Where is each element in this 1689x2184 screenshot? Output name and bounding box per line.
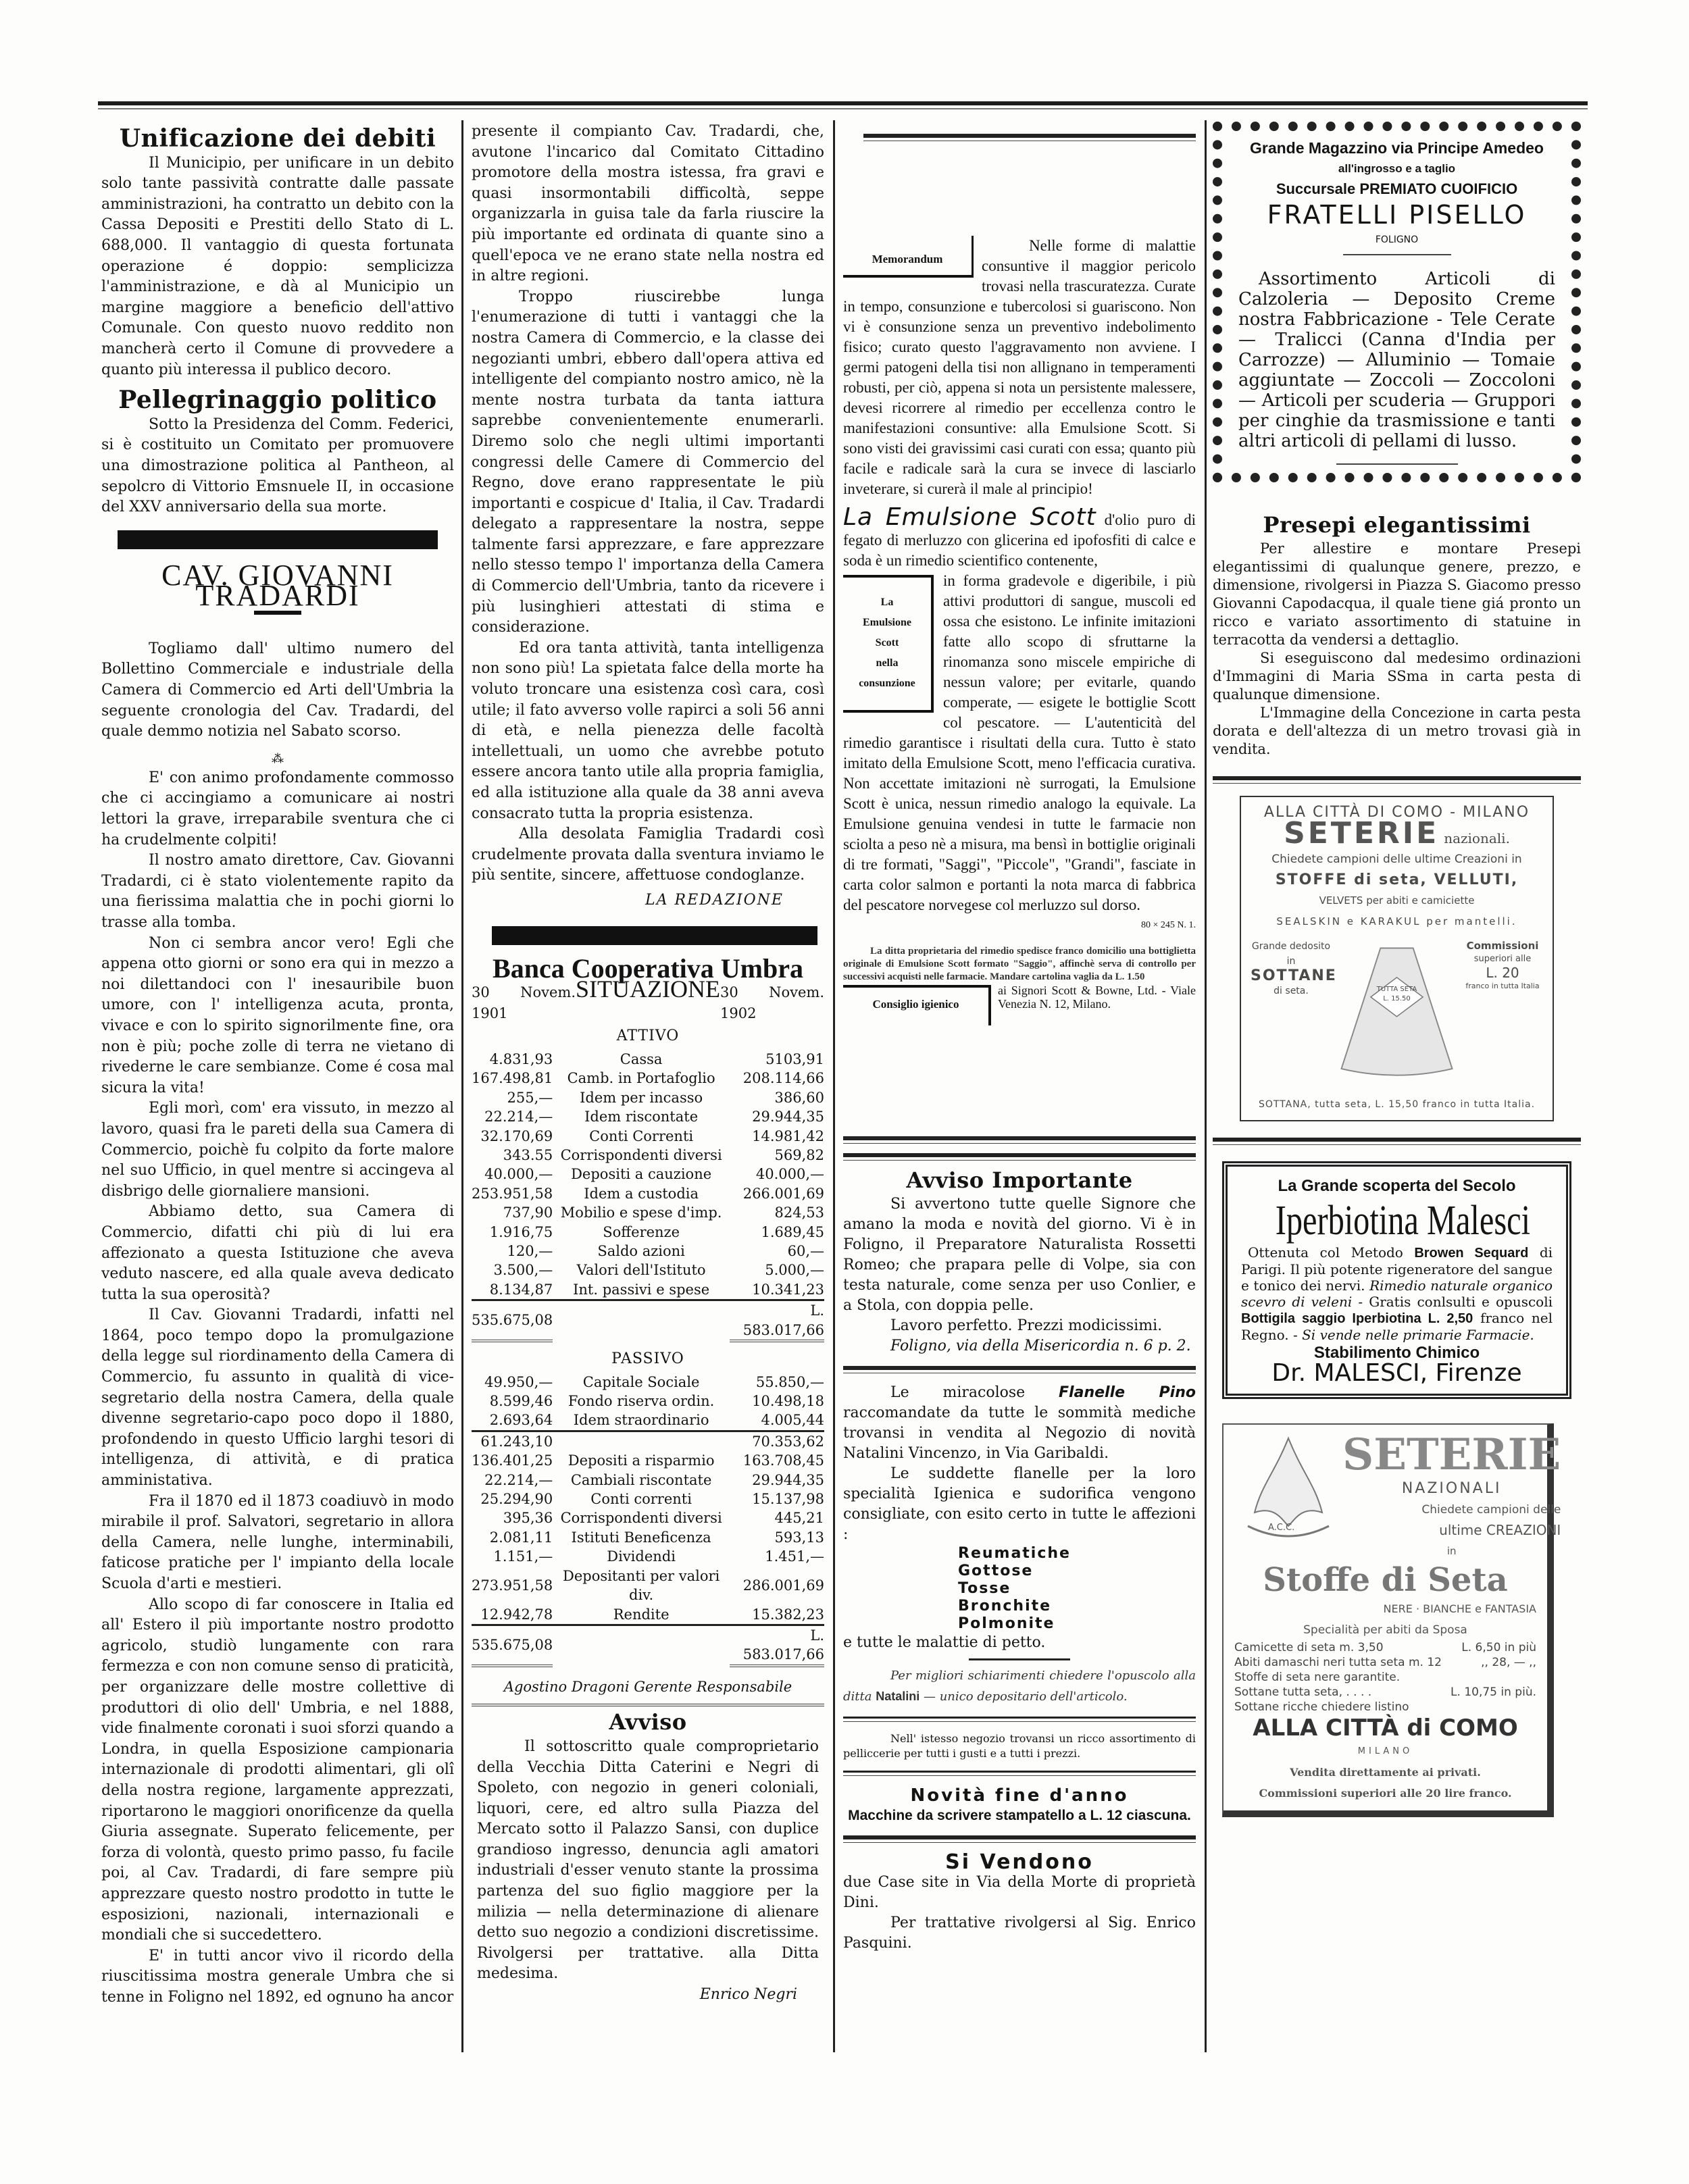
scott-ad: La Emulsione Scott d'olio puro di fegato… [843, 507, 1196, 1011]
value-1901: 4.831,93 [472, 1050, 553, 1069]
price-value: ,, 28, — ,, [1481, 1655, 1536, 1670]
value-1902: 569,82 [730, 1146, 824, 1165]
top-rule [98, 101, 1588, 105]
value-1901: 25.294,90 [472, 1490, 553, 1508]
obituary-paragraph: Egli morì, com' era vissuto, in mezzo al… [101, 1098, 454, 1202]
rule [843, 1771, 1196, 1776]
passivo-heading: PASSIVO [472, 1349, 824, 1370]
flanelle-brand: Flanelle Pino [1059, 1384, 1196, 1401]
como1-line: Chiedete campioni delle ultime Creazioni… [1251, 849, 1543, 870]
malesci-text: Ottenuta col Metodo [1248, 1244, 1403, 1261]
pellicce-note: Nell' istesso negozio trovansi un ricco … [843, 1731, 1196, 1761]
malesci-brand: Iperbiotina Malesci [1276, 1197, 1519, 1244]
disease-item: Reumatiche [843, 1545, 1196, 1563]
row-label: Cambiali riscontate [553, 1471, 730, 1490]
skirt-icon [1332, 939, 1462, 1088]
como2-footer1: Vendita direttamente ai privati. [1234, 1762, 1536, 1783]
value-1901: 1.916,75 [472, 1223, 553, 1242]
skirt-label: TUTTA SETA L. 15.50 [1332, 985, 1462, 1004]
como1-brand-sub: nazionali. [1444, 830, 1510, 846]
row-label: Istituti Beneficenza [553, 1528, 730, 1547]
price-item: Sottane ricche chiedere listino [1234, 1700, 1409, 1715]
value-1902: 5.000,— [730, 1261, 824, 1279]
como2-line: Chiedete campioni delle [1342, 1500, 1561, 1521]
bank-statement: Banca Cooperativa Umbra 30 Novem. 1901 S… [472, 959, 824, 1667]
table-row: 8.599,46Fondo riserva ordin.10.498,18 [472, 1392, 824, 1411]
como2-stoffe: Stoffe di Seta [1234, 1561, 1536, 1599]
value-1901: 2.693,64 [472, 1411, 553, 1431]
table-row: 255,—Idem per incasso386,60 [472, 1088, 824, 1107]
row-label: Dividendi [553, 1547, 730, 1566]
flanelle-text: Le miracolose [890, 1384, 1025, 1401]
value-1901: 395,36 [472, 1508, 553, 1527]
rule [843, 1136, 1196, 1144]
presepi-p1: Per allestire e montare Presepi eleganti… [1213, 540, 1581, 649]
como1-line: VELVETS per abiti e camiciette [1251, 890, 1543, 911]
price-row: Abiti damaschi neri tutta seta m. 12,, 2… [1234, 1655, 1536, 1670]
como2-store: ALLA CITTÀ di COMO [1234, 1715, 1536, 1742]
value-1902: 286.001,69 [730, 1567, 824, 1605]
como2-line: in [1342, 1541, 1561, 1562]
scott-code: 80 × 245 N. 1. [843, 915, 1196, 936]
table-row: 32.170,69Conti Correnti14.981,42 [472, 1127, 824, 1146]
novita-body: Macchine da scrivere stampatello a L. 12… [843, 1806, 1196, 1826]
table-row: 49.950,—Capitale Sociale55.850,— [472, 1373, 824, 1392]
mourning-bar [118, 530, 438, 549]
vendono-contact: Per trattative rivolgersi al Sig. Enrico… [843, 1913, 1196, 1954]
malesci-top: La Grande scoperta del Secolo [1241, 1176, 1553, 1197]
situazione-label: SITUAZIONE [576, 979, 720, 1000]
value-1902: 1.689,45 [730, 1223, 824, 1242]
presepi-p3: L'Immagine della Concezione in carta pes… [1213, 704, 1581, 759]
flanelle-body: Le suddette flanelle per la loro special… [843, 1464, 1196, 1545]
table-row: 120,—Saldo azioni60,— [472, 1242, 824, 1261]
pisello-line1: Grande Magazzino via Principe Amedeo [1238, 138, 1555, 159]
table-row: 4.831,93Cassa5103,91 [472, 1050, 824, 1069]
price-item: Abiti damaschi neri tutta seta m. 12 [1234, 1655, 1442, 1670]
passivo-table: 49.950,—Capitale Sociale55.850,—8.599,46… [472, 1373, 824, 1667]
price-row: Sottane tutta seta, . . . .L. 10,75 in p… [1234, 1685, 1536, 1700]
separator-bar [492, 926, 817, 945]
value-1902: 266.001,69 [730, 1184, 824, 1203]
avviso-importante-body: Si avvertono tutte quelle Signore che am… [843, 1194, 1196, 1316]
skirt-label-line: TUTTA SETA [1332, 985, 1462, 994]
right-line: superiori alle [1462, 953, 1543, 966]
malesci-bold: Browen Sequard [1414, 1246, 1528, 1261]
price-row: Camicette di seta m. 3,50L. 6,50 in più [1234, 1640, 1536, 1655]
attivo-heading: ATTIVO [472, 1026, 824, 1047]
table-row: 343.55Corrispondenti diversi569,82 [472, 1146, 824, 1165]
value-1901: 253.951,58 [472, 1184, 553, 1203]
pisello-line2: all'ingrosso e a taglio [1238, 159, 1555, 180]
value-1902: 4.005,44 [730, 1411, 824, 1431]
flanelle-text: raccomandate da tutte le sommità mediche… [843, 1404, 1196, 1462]
value-1901: 49.950,— [472, 1373, 553, 1392]
value-1901: 167.498,81 [472, 1069, 553, 1088]
value-1901: 535.675,08 [472, 1625, 553, 1665]
rule [843, 1717, 1196, 1722]
table-row: 1.151,—Dividendi1.451,— [472, 1547, 824, 1566]
headline-presepi: Presepi elegantissimi [1213, 515, 1581, 536]
side-box-line: consunzione [843, 674, 931, 694]
skirt-illustration: TUTTA SETA L. 15.50 [1332, 939, 1462, 1088]
value-1902: 14.981,42 [730, 1127, 824, 1146]
row-label: Valori dell'Istituto [553, 1261, 730, 1279]
value-1901: 22.214,— [472, 1471, 553, 1490]
right-line: franco in tutta Italia [1462, 980, 1543, 993]
scott-note: La ditta proprietaria del rimedio spedis… [843, 945, 1196, 984]
table-row: 1.916,75Sofferenze1.689,45 [472, 1223, 824, 1242]
malesci-text: - Gratis conlsulti e opuscoli [1358, 1294, 1553, 1310]
value-1902: 593,13 [730, 1528, 824, 1547]
como1-line: STOFFE di seta, VELLUTI, [1251, 870, 1543, 891]
article-body: Il Municipio, per unificare in un debito… [101, 153, 454, 381]
presepi-p2: Si eseguiscono dal medesimo ordinazioni … [1213, 649, 1581, 704]
value-1901: 737,90 [472, 1203, 553, 1222]
date-right: 30 Novem. 1902 [720, 982, 824, 1023]
flanelle-closing: e tutte le malattie di petto. [843, 1633, 1196, 1653]
obituary-paragraph: Abbiamo detto, sua Camera di Commercio, … [101, 1202, 454, 1305]
value-1902: 29.944,35 [730, 1107, 824, 1126]
plant-illustration: A.C.C. [1234, 1431, 1342, 1540]
disease-item: Polmonite [843, 1615, 1196, 1633]
malesci-ad: La Grande scoperta del Secolo Iperbiotin… [1222, 1161, 1571, 1399]
value-1901: 535.675,08 [472, 1300, 553, 1341]
flanelle-note: Per migliori schiarimenti chiedere l'opu… [843, 1666, 1196, 1707]
row-label: Depositanti per valori div. [553, 1567, 730, 1605]
headline-avviso: Avviso [472, 1712, 824, 1733]
disease-item: Gottose [843, 1563, 1196, 1580]
value-1902: 1.451,— [730, 1547, 824, 1566]
avviso-importante-section: Avviso Importante Si avvertono tutte que… [843, 1170, 1196, 1954]
malesci-body: Ottenuta col Metodo Browen Sequard di Pa… [1241, 1244, 1553, 1343]
price-row: Sottane ricche chiedere listino [1234, 1700, 1536, 1715]
row-label: Cassa [553, 1050, 730, 1069]
value-1902: 10.498,18 [730, 1392, 824, 1411]
pisello-name: FRATELLI PISELLO [1238, 200, 1555, 230]
article-body: Sotto la Presidenza del Comm. Federici, … [101, 415, 454, 518]
value-1901: 255,— [472, 1088, 553, 1107]
price-item: Camicette di seta m. 3,50 [1234, 1640, 1384, 1655]
table-row: 136.401,25Depositi a risparmio163.708,45 [472, 1451, 824, 1470]
value-1901: 22.214,— [472, 1107, 553, 1126]
como1-brand: SETERIE [1284, 816, 1439, 850]
left-line: in [1251, 954, 1332, 969]
table-row: 40.000,—Depositi a cauzione40.000,— [472, 1165, 824, 1184]
consiglio-label: Consiglio igienico [843, 985, 991, 1025]
value-1902: 445,21 [730, 1508, 824, 1527]
table-row: 535.675,08L. 583.017,66 [472, 1625, 824, 1665]
row-label: Idem per incasso [553, 1088, 730, 1107]
como2-brand: SETERIE [1342, 1431, 1561, 1479]
rule [843, 1366, 1196, 1373]
value-1902: 70.353,62 [730, 1431, 824, 1451]
row-label: Camb. in Portafoglio [553, 1069, 730, 1088]
gerente-line: Agostino Dragoni Gerente Responsabile [472, 1677, 824, 1707]
obituary-paragraph: Fra il 1870 ed il 1873 coadiuvò in modo … [101, 1492, 454, 1595]
table-row: 167.498,81Camb. in Portafoglio208.114,66 [472, 1069, 824, 1088]
value-1902: L. 583.017,66 [730, 1300, 824, 1341]
side-box-line: nella [843, 653, 931, 674]
column-3: Memorandum Nelle forme di malattie consu… [843, 122, 1196, 1954]
value-1901: 8.599,46 [472, 1392, 553, 1411]
table-row: 273.951,58Depositanti per valori div.286… [472, 1567, 824, 1605]
como1-right: Commissioni superiori alle L. 20 franco … [1462, 939, 1543, 993]
obituary-continuation: Ed ora tanta attività, tanta intelligenz… [472, 638, 824, 824]
obituary-paragraph: Allo scopo di far conoscere in Italia ed… [101, 1595, 454, 1946]
value-1902: L. 583.017,66 [730, 1625, 824, 1665]
avviso-signature: Enrico Negri [472, 1985, 824, 2006]
row-label: Idem a custodia [553, 1184, 730, 1203]
disease-item: Tosse [843, 1580, 1196, 1598]
value-1902: 10.341,23 [730, 1280, 824, 1300]
table-row: 12.942,78Rendite15.382,23 [472, 1605, 824, 1625]
attivo-table: 4.831,93Cassa5103,91167.498,81Camb. in P… [472, 1050, 824, 1342]
value-1902: 824,53 [730, 1203, 824, 1222]
headline-avviso-importante: Avviso Importante [843, 1170, 1196, 1190]
price-row: Stoffe di seta nere garantite. [1234, 1670, 1536, 1685]
value-1901: 32.170,69 [472, 1127, 553, 1146]
table-row: 253.951,58Idem a custodia266.001,69 [472, 1184, 824, 1203]
flanelle-intro: Le miracolose Flanelle Pino raccomandate… [843, 1383, 1196, 1464]
row-label: Idem straordinario [553, 1411, 730, 1431]
note-name: Natalini [876, 1690, 919, 1703]
pisello-ad: Grande Magazzino via Principe Amedeo all… [1213, 122, 1581, 482]
como1-line: SEALSKIN e KARAKUL per mantelli. [1251, 911, 1543, 932]
left-line: di seta. [1251, 984, 1332, 998]
row-label [553, 1300, 730, 1341]
row-label: Capitale Sociale [553, 1373, 730, 1392]
column-divider [833, 120, 835, 2052]
side-box-line: La [843, 592, 931, 613]
como2-sposa: Specialità per abiti da Sposa [1234, 1620, 1536, 1641]
side-box-line: Scott [843, 633, 931, 653]
pisello-city: FOLIGNO [1238, 230, 1555, 251]
date-left: 30 Novem. 1901 [472, 982, 576, 1023]
price-list: Camicette di seta m. 3,50L. 6,50 in piùA… [1234, 1640, 1536, 1715]
value-1902: 386,60 [730, 1088, 824, 1107]
obituary-paragraph: Non ci sembra ancor vero! Egli che appen… [101, 934, 454, 1099]
wave-ornament [1343, 254, 1451, 255]
left-line: SOTTANE [1251, 969, 1332, 984]
avviso-body: Il sottoscritto quale comproprietario de… [472, 1737, 824, 1985]
column-1: Unificazione dei debiti Il Municipio, pe… [101, 122, 454, 2008]
note-text: — unico depositario dell'articolo. [924, 1690, 1128, 1704]
headline-unificazione: Unificazione dei debiti [101, 128, 454, 149]
obituary-paragraph: E' con animo profondamente commosso che … [101, 768, 454, 850]
obituary-continuation: presente il compianto Cav. Tradardi, che… [472, 122, 824, 287]
table-row: 22.214,—Cambiali riscontate29.944,35 [472, 1471, 824, 1490]
table-row: 535.675,08L. 583.017,66 [472, 1300, 824, 1341]
value-1901: 8.134,87 [472, 1280, 553, 1300]
row-label: Fondo riserva ordin. [553, 1392, 730, 1411]
table-row: 737,90Mobilio e spese d'imp.824,53 [472, 1203, 824, 1222]
row-label: Mobilio e spese d'imp. [553, 1203, 730, 1222]
table-row: 3.500,—Valori dell'Istituto5.000,— [472, 1261, 824, 1279]
ornament-rule [1336, 463, 1458, 465]
rule [843, 1153, 1196, 1161]
como2-brand-sub: NAZIONALI [1342, 1479, 1561, 1500]
rule [1213, 776, 1581, 784]
value-1902: 40.000,— [730, 1165, 824, 1184]
table-row: 8.134,87Int. passivi e spese10.341,23 [472, 1280, 824, 1300]
obituary-paragraph: Il nostro amato direttore, Cav. Giovanni… [101, 850, 454, 933]
value-1902: 60,— [730, 1242, 824, 1261]
column-4: Grande Magazzino via Principe Amedeo all… [1213, 122, 1581, 1817]
price-item: Stoffe di seta nere garantite. [1234, 1670, 1400, 1685]
obituary-title: CAV. GIOVANNI TRADARDI [101, 565, 454, 607]
table-row: 22.214,—Idem riscontate29.944,35 [472, 1107, 824, 1126]
skirt-label-line: L. 15.50 [1332, 994, 1462, 1004]
row-label: Corrispondenti diversi [553, 1508, 730, 1527]
row-label: Conti Correnti [553, 1127, 730, 1146]
vendono-body: due Case site in Via della Morte di prop… [843, 1873, 1196, 1913]
obituary-paragraph: E' in tutti ancor vivo il ricordo della … [101, 1946, 454, 2008]
table-row: 2.081,11Istituti Beneficenza593,13 [472, 1528, 824, 1547]
top-rule-thin [98, 108, 1588, 109]
value-1901: 40.000,— [472, 1165, 553, 1184]
novita-title: Novità fine d'anno [843, 1785, 1196, 1806]
value-1902: 29.944,35 [730, 1471, 824, 1490]
monogram: A.C.C. [1268, 1518, 1294, 1539]
signature-redazione: LA REDAZIONE [472, 890, 824, 911]
price-item: Sottane tutta seta, . . . . [1234, 1685, 1371, 1700]
value-1901: 2.081,11 [472, 1528, 553, 1547]
malesci-price: Bottigila saggio Iperbiotina L. 2,50 [1241, 1311, 1473, 1326]
memorandum-section: Memorandum Nelle forme di malattie consu… [843, 236, 1196, 499]
rule [863, 134, 1196, 141]
column-divider [1205, 120, 1207, 2052]
pisello-line3: Succursale PREMIATO CUOIFICIO [1238, 179, 1555, 200]
row-label: Depositi a cauzione [553, 1165, 730, 1184]
side-box-line: Emulsione [843, 613, 931, 633]
row-label: Rendite [553, 1605, 730, 1625]
row-label: Saldo azioni [553, 1242, 730, 1261]
value-1902: 208.114,66 [730, 1069, 824, 1088]
row-label: Corrispondenti diversi [553, 1146, 730, 1165]
value-1901: 343.55 [472, 1146, 553, 1165]
value-1901: 136.401,25 [472, 1451, 553, 1470]
como2-city: MILANO [1234, 1742, 1536, 1762]
pisello-body: Assortimento Articoli di Calzoleria — De… [1238, 269, 1555, 451]
como2-line: ultime CREAZIONI [1342, 1520, 1561, 1541]
column-2: presente il compianto Cav. Tradardi, che… [472, 122, 824, 2006]
row-label: Sofferenze [553, 1223, 730, 1242]
rule [1213, 1138, 1581, 1145]
como-ad-2: A.C.C. SETERIE NAZIONALI Chiedete campio… [1222, 1423, 1554, 1817]
newspaper-page: Unificazione dei debiti Il Municipio, pe… [0, 0, 1689, 2184]
como1-left: Grande dedosito in SOTTANE di seta. [1251, 939, 1332, 998]
vendono-title: Si Vendono [843, 1852, 1196, 1873]
como1-footer: SOTTANA, tutta seta, L. 15,50 franco in … [1251, 1094, 1543, 1115]
como2-footer2: Commissioni superiori alle 20 lire franc… [1234, 1783, 1536, 1804]
right-line: L. 20 [1462, 966, 1543, 980]
table-row: 395,36Corrispondenti diversi445,21 [472, 1508, 824, 1527]
malesci-italic: Si vende nelle primarie Farmacie. [1302, 1327, 1534, 1343]
rule [843, 1835, 1196, 1843]
value-1901: 3.500,— [472, 1261, 553, 1279]
price-value: L. 10,75 in più. [1451, 1685, 1536, 1700]
memorandum-label: Memorandum [843, 236, 974, 278]
value-1902: 5103,91 [730, 1050, 824, 1069]
right-line: Commissioni [1462, 939, 1543, 953]
value-1901: 1.151,— [472, 1547, 553, 1566]
scott-side-box: La Emulsione Scott nella consunzione [843, 575, 934, 713]
value-1901: 12.942,78 [472, 1605, 553, 1625]
value-1901: 120,— [472, 1242, 553, 1261]
table-row: 2.693,64Idem straordinario4.005,44 [472, 1411, 824, 1431]
como-ad-1: ALLA CITTÀ DI COMO - MILANO SETERIE nazi… [1240, 796, 1554, 1121]
avviso-importante-address: Foligno, via della Misericordia n. 6 p. … [843, 1336, 1196, 1356]
malesci-footer: Dr. MALESCI, Firenze [1241, 1363, 1553, 1384]
obituary-paragraph: Il Cav. Giovanni Tradardi, infatti nel 1… [101, 1305, 454, 1491]
obituary-continuation: Troppo riuscirebbe lunga l'enumerazione … [472, 287, 824, 638]
bank-dates: 30 Novem. 1901 SITUAZIONE 30 Novem. 1902 [472, 979, 824, 1023]
value-1902: 163.708,45 [730, 1451, 824, 1470]
price-value: L. 6,50 in più [1461, 1640, 1536, 1655]
row-label: Conti correnti [553, 1490, 730, 1508]
table-row: 25.294,90Conti correnti15.137,98 [472, 1490, 824, 1508]
value-1902: 15.382,23 [730, 1605, 824, 1625]
row-label: Idem riscontate [553, 1107, 730, 1126]
short-rule [969, 1658, 1070, 1660]
value-1902: 15.137,98 [730, 1490, 824, 1508]
row-label [553, 1625, 730, 1665]
value-1901: 61.243,10 [472, 1431, 553, 1451]
obituary-continuation: Alla desolata Famiglia Tradardi così cru… [472, 824, 824, 886]
como2-colors: NERE · BIANCHE e FANTASIA [1234, 1599, 1536, 1620]
asterism-icon: ⁂ [101, 753, 454, 765]
headline-pellegrinaggio: Pellegrinaggio politico [101, 390, 454, 411]
table-row: 61.243,1070.353,62 [472, 1431, 824, 1451]
value-1901: 273.951,58 [472, 1567, 553, 1605]
row-label [553, 1431, 730, 1451]
value-1902: 55.850,— [730, 1373, 824, 1392]
left-line: Grande dedosito [1251, 939, 1332, 954]
scott-title: La Emulsione Scott [843, 503, 1096, 531]
row-label: Int. passivi e spese [553, 1280, 730, 1300]
disease-item: Bronchite [843, 1598, 1196, 1615]
column-divider [461, 120, 463, 2052]
obituary-intro: Togliamo dall' ultimo numero del Bollett… [101, 639, 454, 742]
avviso-importante-line: Lavoro perfetto. Prezzi modicissimi. [843, 1316, 1196, 1336]
row-label: Depositi a risparmio [553, 1451, 730, 1470]
